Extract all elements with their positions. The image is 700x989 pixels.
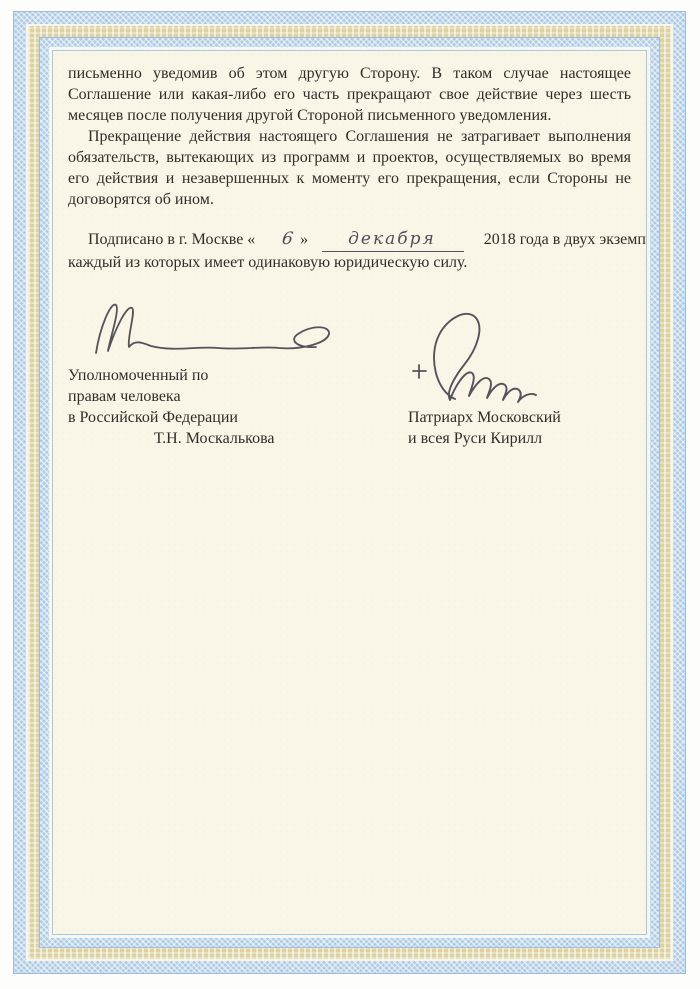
- signing-prefix: Подписано в г. Москве «: [88, 231, 255, 248]
- signing-paragraph: Подписано в г. Москве « 6 » декабря 2018…: [68, 229, 631, 273]
- handwritten-month: декабря: [322, 229, 464, 252]
- border-band-middle-tan: письменно уведомив об этом другую Сторон…: [26, 24, 673, 961]
- signatory-left-title-2: правам человека: [68, 386, 368, 407]
- signatory-left-title-1: Уполномоченный по: [68, 365, 368, 386]
- border-band-inner-blue: письменно уведомив об этом другую Сторон…: [39, 37, 660, 948]
- paragraph-obligations: Прекращение действия настоящего Соглашен…: [68, 126, 631, 210]
- handwritten-day: 6: [261, 229, 295, 250]
- border-band-outer-blue: письменно уведомив об этом другую Сторон…: [13, 11, 686, 974]
- paragraph-termination-notice: письменно уведомив об этом другую Сторон…: [68, 63, 631, 126]
- signing-second-line: каждый из которых имеет одинаковую юриди…: [68, 252, 631, 273]
- signatory-right-titles: Патриарх Московский и всея Руси Кирилл: [408, 407, 613, 449]
- document-paper: письменно уведомив об этом другую Сторон…: [52, 50, 647, 935]
- signing-suffix: 2018 года в двух экземплярах,: [484, 231, 647, 248]
- signing-close-quote: »: [300, 231, 308, 248]
- signing-date-line: Подписано в г. Москве « 6 » декабря 2018…: [68, 229, 631, 252]
- signature-block-row: Уполномоченный по правам человека в Росс…: [68, 295, 631, 449]
- signatory-right: Патриарх Московский и всея Руси Кирилл: [408, 307, 613, 449]
- signatory-left-title-3: в Российской Федерации: [68, 407, 368, 428]
- signature-kirill-icon: [408, 307, 568, 405]
- signatory-left-name: Т.Н. Москалькова: [68, 428, 368, 449]
- signatory-left-titles: Уполномоченный по правам человека в Росс…: [68, 365, 368, 449]
- signatory-left: Уполномоченный по правам человека в Росс…: [68, 295, 368, 449]
- signature-moskalkova-icon: [90, 295, 338, 361]
- signatory-right-title-2: и всея Руси Кирилл: [408, 428, 613, 449]
- signatory-right-title-1: Патриарх Московский: [408, 407, 613, 428]
- scanned-document-page: письменно уведомив об этом другую Сторон…: [0, 0, 700, 989]
